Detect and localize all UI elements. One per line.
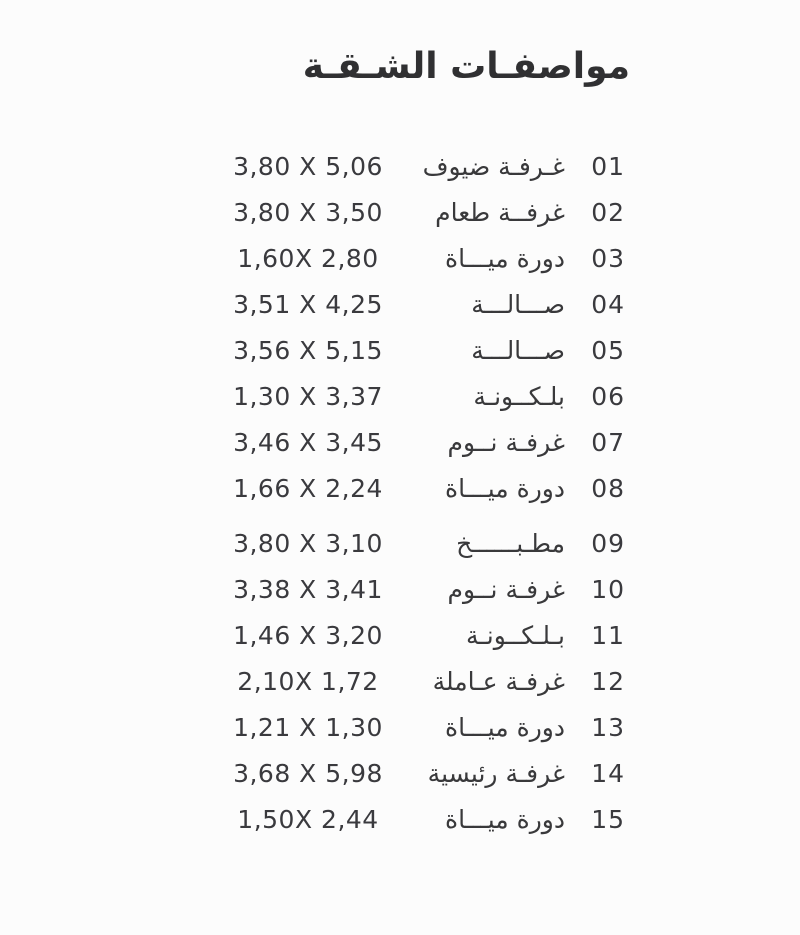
row-number: 14 xyxy=(585,759,625,788)
spec-row: 10 غرفـة نــوم 3,38 X 3,41 xyxy=(195,566,625,612)
row-number: 12 xyxy=(585,667,625,696)
room-dimensions: 2,10X 1,72 xyxy=(219,667,397,696)
spec-row: 12 غرفـة عـاملة 2,10X 1,72 xyxy=(195,658,625,704)
room-name: صـــالـــة xyxy=(397,290,565,319)
room-name: صـــالـــة xyxy=(397,336,565,365)
room-dimensions: 3,56 X 5,15 xyxy=(219,336,397,365)
row-number: 07 xyxy=(585,428,625,457)
spec-row: 01 غـرفـة ضيوف 3,80 X 5,06 xyxy=(195,143,625,189)
room-dimensions: 3,80 X 3,50 xyxy=(219,198,397,227)
spec-row: 09 مطـبــــــخ 3,80 X 3,10 xyxy=(195,520,625,566)
room-dimensions: 3,46 X 3,45 xyxy=(219,428,397,457)
row-number: 13 xyxy=(585,713,625,742)
room-name: دورة ميـــاة xyxy=(397,713,565,742)
room-name: دورة ميـــاة xyxy=(397,244,565,273)
row-number: 15 xyxy=(585,805,625,834)
row-number: 08 xyxy=(585,474,625,503)
row-number: 04 xyxy=(585,290,625,319)
room-name: دورة ميـــاة xyxy=(397,474,565,503)
spec-row: 08 دورة ميـــاة 1,66 X 2,24 xyxy=(195,465,625,511)
spec-row: 06 بلـكــونـة 1,30 X 3,37 xyxy=(195,373,625,419)
spec-row: 04 صـــالـــة 3,51 X 4,25 xyxy=(195,281,625,327)
room-name: غرفـة نــوم xyxy=(397,428,565,457)
row-number: 01 xyxy=(585,152,625,181)
room-name: غرفــة طعام xyxy=(397,198,565,227)
spec-row: 11 بـلـكــونـة 1,46 X 3,20 xyxy=(195,612,625,658)
room-dimensions: 1,30 X 3,37 xyxy=(219,382,397,411)
spec-row: 13 دورة ميـــاة 1,21 X 1,30 xyxy=(195,704,625,750)
row-number: 10 xyxy=(585,575,625,604)
row-number: 02 xyxy=(585,198,625,227)
room-name: مطـبــــــخ xyxy=(397,529,565,558)
spec-row: 14 غرفـة رئيسية 3,68 X 5,98 xyxy=(195,750,625,796)
room-dimensions: 1,21 X 1,30 xyxy=(219,713,397,742)
room-dimensions: 3,80 X 5,06 xyxy=(219,152,397,181)
room-dimensions: 1,66 X 2,24 xyxy=(219,474,397,503)
specs-list: 01 غـرفـة ضيوف 3,80 X 5,06 02 غرفــة طعا… xyxy=(195,143,625,842)
room-name: غرفـة عـاملة xyxy=(397,667,565,696)
row-number: 06 xyxy=(585,382,625,411)
room-dimensions: 1,50X 2,44 xyxy=(219,805,397,834)
spec-row: 02 غرفــة طعام 3,80 X 3,50 xyxy=(195,189,625,235)
row-number: 09 xyxy=(585,529,625,558)
row-number: 03 xyxy=(585,244,625,273)
page-title: مواصفـات الشـقـة xyxy=(303,44,630,91)
room-name: غرفـة رئيسية xyxy=(397,759,565,788)
room-name: دورة ميـــاة xyxy=(397,805,565,834)
spec-row: 05 صـــالـــة 3,56 X 5,15 xyxy=(195,327,625,373)
spec-row: 15 دورة ميـــاة 1,50X 2,44 xyxy=(195,796,625,842)
room-dimensions: 3,51 X 4,25 xyxy=(219,290,397,319)
room-dimensions: 1,60X 2,80 xyxy=(219,244,397,273)
row-number: 11 xyxy=(585,621,625,650)
room-dimensions: 3,68 X 5,98 xyxy=(219,759,397,788)
spec-row: 03 دورة ميـــاة 1,60X 2,80 xyxy=(195,235,625,281)
room-name: بلـكــونـة xyxy=(397,382,565,411)
room-dimensions: 3,80 X 3,10 xyxy=(219,529,397,558)
room-dimensions: 3,38 X 3,41 xyxy=(219,575,397,604)
specs-sheet: مواصفـات الشـقـة 01 غـرفـة ضيوف 3,80 X 5… xyxy=(0,0,800,935)
room-dimensions: 1,46 X 3,20 xyxy=(219,621,397,650)
row-number: 05 xyxy=(585,336,625,365)
room-name: غرفـة نــوم xyxy=(397,575,565,604)
room-name: غـرفـة ضيوف xyxy=(397,152,565,181)
spec-row: 07 غرفـة نــوم 3,46 X 3,45 xyxy=(195,419,625,465)
room-name: بـلـكــونـة xyxy=(397,621,565,650)
